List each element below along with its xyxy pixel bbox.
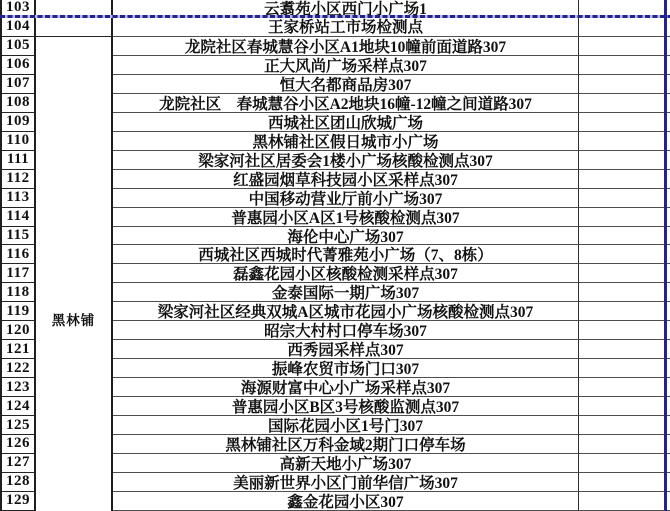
row-number-cell[interactable]: 120 <box>2 321 36 340</box>
site-name-cell[interactable]: 西城社区团山欣城广场 <box>113 113 579 132</box>
row-number-cell[interactable]: 114 <box>2 208 36 227</box>
site-name-cell[interactable]: 红盛园烟草科技园小区采样点307 <box>113 170 579 189</box>
row-number-cell[interactable]: 124 <box>2 397 36 416</box>
site-name-cell[interactable]: 振峰农贸市场门口307 <box>113 359 579 378</box>
empty-cell[interactable] <box>579 492 670 511</box>
row-number-cell[interactable]: 111 <box>2 151 36 170</box>
empty-cell[interactable] <box>579 17 670 38</box>
group-cell-upper[interactable] <box>36 0 113 37</box>
empty-cell[interactable] <box>579 37 670 56</box>
empty-cell[interactable] <box>579 170 670 189</box>
group-cell-heilinpu[interactable]: 黑林铺 <box>36 37 113 511</box>
row-number-cell[interactable]: 128 <box>2 473 36 492</box>
row-number-cell[interactable]: 109 <box>2 113 36 132</box>
row-number-cell[interactable]: 118 <box>2 283 36 302</box>
empty-cell[interactable] <box>579 227 670 246</box>
site-name-cell[interactable]: 鑫金花园小区307 <box>113 492 579 511</box>
empty-cell[interactable] <box>579 208 670 227</box>
empty-cell[interactable] <box>579 151 670 170</box>
row-number-cell[interactable]: 119 <box>2 302 36 321</box>
site-name-cell[interactable]: 恒大名都商品房307 <box>113 75 579 94</box>
empty-cell[interactable] <box>579 113 670 132</box>
row-number-cell[interactable]: 107 <box>2 75 36 94</box>
group-label: 黑林铺 <box>52 37 96 330</box>
testing-sites-grid: 黑林铺 103云翥苑小区西门小广场1104王家桥站工市场检测点105龙院社区春城… <box>0 0 670 511</box>
row-number-cell[interactable]: 126 <box>2 435 36 454</box>
empty-cell[interactable] <box>579 378 670 397</box>
site-name-cell[interactable]: 黑林铺社区假日城市小广场 <box>113 132 579 151</box>
row-number-cell[interactable]: 129 <box>2 492 36 511</box>
row-number-cell[interactable]: 112 <box>2 170 36 189</box>
site-name-cell[interactable]: 正大风尚广场采样点307 <box>113 56 579 75</box>
empty-cell[interactable] <box>579 473 670 492</box>
site-name-cell[interactable]: 王家桥站工市场检测点 <box>113 17 579 38</box>
row-number-cell[interactable]: 123 <box>2 378 36 397</box>
row-number-cell[interactable]: 106 <box>2 56 36 75</box>
row-number-cell[interactable]: 104 <box>2 17 36 38</box>
empty-cell[interactable] <box>579 340 670 359</box>
site-name-cell[interactable]: 海伦中心广场307 <box>113 227 579 246</box>
row-number-cell[interactable]: 115 <box>2 227 36 246</box>
row-number-cell[interactable]: 117 <box>2 264 36 283</box>
row-number-cell[interactable]: 121 <box>2 340 36 359</box>
site-name-cell[interactable]: 国际花园小区1号门307 <box>113 416 579 435</box>
row-number-cell[interactable]: 116 <box>2 245 36 264</box>
row-number-cell[interactable]: 122 <box>2 359 36 378</box>
empty-cell[interactable] <box>579 189 670 208</box>
empty-cell[interactable] <box>579 416 670 435</box>
site-name-cell[interactable]: 金泰国际一期广场307 <box>113 283 579 302</box>
empty-cell[interactable] <box>579 359 670 378</box>
row-number-cell[interactable]: 105 <box>2 37 36 56</box>
site-name-cell[interactable]: 中国移动营业厅前小广场307 <box>113 189 579 208</box>
row-number-cell[interactable]: 113 <box>2 189 36 208</box>
site-name-cell[interactable]: 普惠园小区A区1号核酸检测点307 <box>113 208 579 227</box>
empty-cell[interactable] <box>579 264 670 283</box>
empty-cell[interactable] <box>579 397 670 416</box>
page-break-vertical-line <box>664 0 667 511</box>
row-number-cell[interactable]: 127 <box>2 454 36 473</box>
row-number-cell[interactable]: 110 <box>2 132 36 151</box>
site-name-cell[interactable]: 海源财富中心小广场采样点307 <box>113 378 579 397</box>
spreadsheet-table: 黑林铺 103云翥苑小区西门小广场1104王家桥站工市场检测点105龙院社区春城… <box>0 0 670 511</box>
site-name-cell[interactable]: 梁家河社区经典双城A区城市花园小广场核酸检测点307 <box>113 302 579 321</box>
empty-cell[interactable] <box>579 454 670 473</box>
empty-cell[interactable] <box>579 94 670 113</box>
empty-cell[interactable] <box>579 302 670 321</box>
empty-cell[interactable] <box>579 321 670 340</box>
site-name-cell[interactable]: 梁家河社区居委会1楼小广场核酸检测点307 <box>113 151 579 170</box>
site-name-cell[interactable]: 黑林铺社区万科金域2期门口停车场 <box>113 435 579 454</box>
site-name-cell[interactable]: 普惠园小区B区3号核酸监测点307 <box>113 397 579 416</box>
empty-cell[interactable] <box>579 56 670 75</box>
site-name-cell[interactable]: 龙院社区 春城慧谷小区A2地块16幢-12幢之间道路307 <box>113 94 579 113</box>
site-name-cell[interactable]: 磊鑫花园小区核酸检测采样点307 <box>113 264 579 283</box>
site-name-cell[interactable]: 美丽新世界小区门前华信广场307 <box>113 473 579 492</box>
site-name-cell[interactable]: 西城社区西城时代菁雅苑小广场（7、8栋） <box>113 245 579 264</box>
empty-cell[interactable] <box>579 245 670 264</box>
empty-cell[interactable] <box>579 75 670 94</box>
empty-cell[interactable] <box>579 132 670 151</box>
row-number-cell[interactable]: 125 <box>2 416 36 435</box>
site-name-cell[interactable]: 高新天地小广场307 <box>113 454 579 473</box>
site-name-cell[interactable]: 龙院社区春城慧谷小区A1地块10幢前面道路307 <box>113 37 579 56</box>
page-break-horizontal-line <box>0 15 670 18</box>
row-number-cell[interactable]: 108 <box>2 94 36 113</box>
empty-cell[interactable] <box>579 283 670 302</box>
site-name-cell[interactable]: 西秀园采样点307 <box>113 340 579 359</box>
empty-cell[interactable] <box>579 435 670 454</box>
site-name-cell[interactable]: 昭宗大村村口停车场307 <box>113 321 579 340</box>
